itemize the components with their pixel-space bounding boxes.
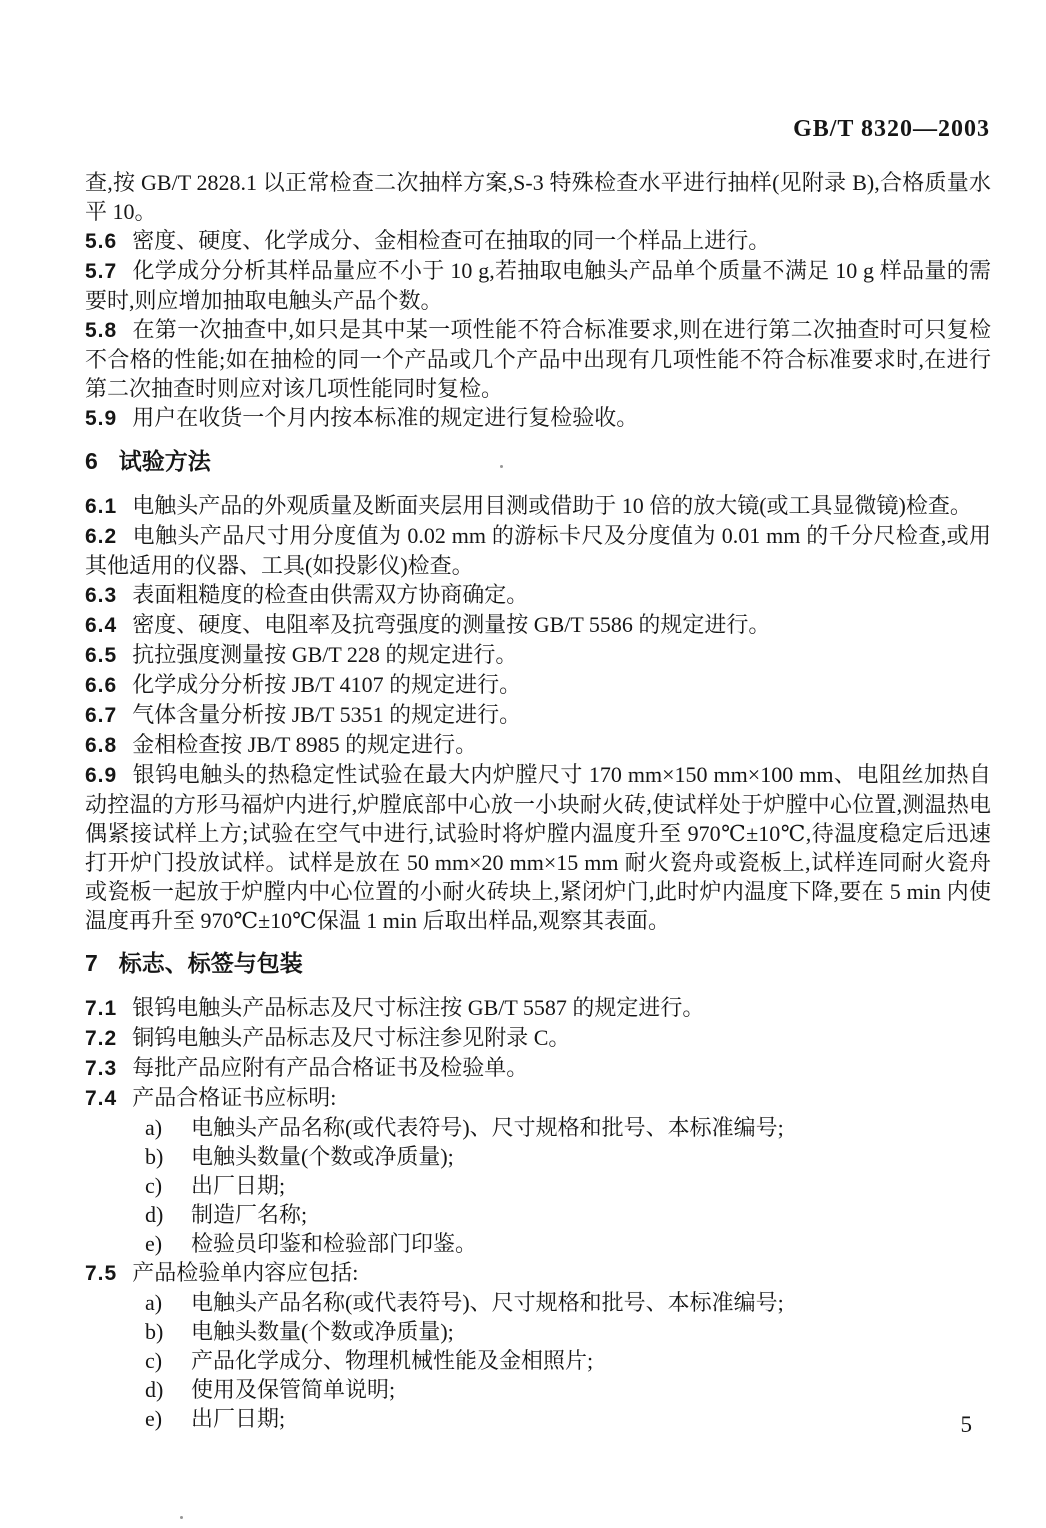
continuation-paragraph: 查,按 GB/T 2828.1 以正常检查二次抽样方案,S-3 特殊检查水平进行… — [85, 168, 991, 226]
list-item: e)出厂日期; — [85, 1404, 991, 1433]
section-title: 标志、标签与包装 — [119, 950, 303, 976]
clause-number: 6.4 — [85, 614, 117, 637]
clause-number: 5.6 — [85, 230, 117, 253]
list-item-text: 制造厂名称; — [191, 1200, 991, 1229]
clause-number: 7.3 — [85, 1057, 117, 1080]
list-item-label: a) — [145, 1288, 191, 1317]
clause-number: 7.1 — [85, 997, 117, 1020]
list-item: c)产品化学成分、物理机械性能及金相照片; — [85, 1346, 991, 1375]
list-item: e)检验员印鉴和检验部门印鉴。 — [85, 1229, 991, 1258]
list-item-label: b) — [145, 1142, 191, 1171]
clause-number: 6.2 — [85, 525, 117, 548]
list-item-text: 电触头产品名称(或代表符号)、尺寸规格和批号、本标准编号; — [191, 1113, 991, 1142]
scan-speck — [500, 465, 503, 468]
clause-number: 5.8 — [85, 319, 117, 342]
clause-text: 密度、硬度、电阻率及抗弯强度的测量按 GB/T 5586 的规定进行。 — [132, 612, 770, 637]
section-heading: 6试验方法 — [85, 447, 991, 476]
clause-text: 银钨电触头产品标志及尺寸标注按 GB/T 5587 的规定进行。 — [132, 995, 704, 1020]
clause-paragraph: 6.4密度、硬度、电阻率及抗弯强度的测量按 GB/T 5586 的规定进行。 — [85, 610, 991, 640]
clause-text: 银钨电触头的热稳定性试验在最大内炉膛尺寸 170 mm×150 mm×100 m… — [85, 762, 991, 933]
clause-text: 气体含量分析按 JB/T 5351 的规定进行。 — [132, 702, 521, 727]
clause-paragraph: 6.7气体含量分析按 JB/T 5351 的规定进行。 — [85, 700, 991, 730]
clause-paragraph: 5.6密度、硬度、化学成分、金相检查可在抽取的同一个样品上进行。 — [85, 226, 991, 256]
clause-number: 5.9 — [85, 407, 117, 430]
clause-paragraph: 7.5产品检验单内容应包括: — [85, 1258, 991, 1288]
list-item: b)电触头数量(个数或净质量); — [85, 1142, 991, 1171]
clause-text: 抗拉强度测量按 GB/T 228 的规定进行。 — [132, 642, 517, 667]
list-item-text: 检验员印鉴和检验部门印鉴。 — [191, 1229, 991, 1258]
lettered-list: a)电触头产品名称(或代表符号)、尺寸规格和批号、本标准编号;b)电触头数量(个… — [85, 1288, 991, 1433]
document-body: 查,按 GB/T 2828.1 以正常检查二次抽样方案,S-3 特殊检查水平进行… — [85, 168, 991, 1433]
clause-text: 化学成分分析其样品量应不小于 10 g,若抽取电触头产品单个质量不满足 10 g… — [85, 258, 991, 313]
list-item-text: 电触头数量(个数或净质量); — [191, 1317, 991, 1346]
list-item: b)电触头数量(个数或净质量); — [85, 1317, 991, 1346]
section-title: 试验方法 — [119, 448, 211, 474]
list-item-label: e) — [145, 1404, 191, 1433]
clause-number: 6.6 — [85, 674, 117, 697]
clause-number: 7.2 — [85, 1027, 117, 1050]
clause-number: 5.7 — [85, 260, 117, 283]
clause-paragraph: 7.4产品合格证书应标明: — [85, 1083, 991, 1113]
page-number: 5 — [961, 1412, 973, 1438]
clause-paragraph: 5.9用户在收货一个月内按本标准的规定进行复检验收。 — [85, 403, 991, 433]
list-item-text: 电触头产品名称(或代表符号)、尺寸规格和批号、本标准编号; — [191, 1288, 991, 1317]
list-item-label: c) — [145, 1171, 191, 1200]
list-item: c)出厂日期; — [85, 1171, 991, 1200]
clause-paragraph: 7.3每批产品应附有产品合格证书及检验单。 — [85, 1053, 991, 1083]
clause-text: 表面粗糙度的检查由供需双方协商确定。 — [132, 582, 528, 607]
clause-text: 金相检查按 JB/T 8985 的规定进行。 — [132, 732, 477, 757]
section-heading: 7标志、标签与包装 — [85, 949, 991, 978]
clause-paragraph: 6.2电触头产品尺寸用分度值为 0.02 mm 的游标卡尺及分度值为 0.01 … — [85, 521, 991, 580]
clause-text: 密度、硬度、化学成分、金相检查可在抽取的同一个样品上进行。 — [132, 228, 770, 253]
clause-text: 产品合格证书应标明: — [132, 1085, 336, 1110]
section-number: 6 — [85, 448, 99, 474]
list-item-label: e) — [145, 1229, 191, 1258]
clause-paragraph: 6.9银钨电触头的热稳定性试验在最大内炉膛尺寸 170 mm×150 mm×10… — [85, 760, 991, 935]
list-item-label: b) — [145, 1317, 191, 1346]
clause-text: 在第一次抽查中,如只是其中某一项性能不符合标准要求,则在进行第二次抽查时可只复检… — [85, 317, 991, 401]
clause-number: 6.8 — [85, 734, 117, 757]
clause-number: 6.5 — [85, 644, 117, 667]
clause-number: 6.7 — [85, 704, 117, 727]
clause-text: 电触头产品的外观质量及断面夹层用目测或借助于 10 倍的放大镜(或工具显微镜)检… — [132, 493, 972, 518]
clause-paragraph: 7.2铜钨电触头产品标志及尺寸标注参见附录 C。 — [85, 1023, 991, 1053]
list-item-text: 使用及保管简单说明; — [191, 1375, 991, 1404]
list-item-text: 出厂日期; — [191, 1404, 991, 1433]
clause-number: 6.1 — [85, 495, 117, 518]
clause-number: 7.5 — [85, 1262, 117, 1285]
standard-number: GB/T 8320—2003 — [793, 116, 990, 143]
list-item: a)电触头产品名称(或代表符号)、尺寸规格和批号、本标准编号; — [85, 1288, 991, 1317]
clause-text: 化学成分分析按 JB/T 4107 的规定进行。 — [132, 672, 521, 697]
clause-number: 6.9 — [85, 764, 117, 787]
clause-paragraph: 6.1电触头产品的外观质量及断面夹层用目测或借助于 10 倍的放大镜(或工具显微… — [85, 491, 991, 521]
clause-number: 7.4 — [85, 1087, 117, 1110]
list-item-label: c) — [145, 1346, 191, 1375]
clause-paragraph: 7.1银钨电触头产品标志及尺寸标注按 GB/T 5587 的规定进行。 — [85, 993, 991, 1023]
list-item-text: 电触头数量(个数或净质量); — [191, 1142, 991, 1171]
clause-paragraph: 5.7化学成分分析其样品量应不小于 10 g,若抽取电触头产品单个质量不满足 1… — [85, 256, 991, 315]
list-item-label: d) — [145, 1375, 191, 1404]
list-item-label: d) — [145, 1200, 191, 1229]
clause-text: 用户在收货一个月内按本标准的规定进行复检验收。 — [132, 405, 638, 430]
clause-paragraph: 6.6化学成分分析按 JB/T 4107 的规定进行。 — [85, 670, 991, 700]
clause-paragraph: 6.3表面粗糙度的检查由供需双方协商确定。 — [85, 580, 991, 610]
scan-speck — [180, 1516, 183, 1519]
clause-number: 6.3 — [85, 584, 117, 607]
clause-text: 每批产品应附有产品合格证书及检验单。 — [132, 1055, 528, 1080]
clause-paragraph: 6.8金相检查按 JB/T 8985 的规定进行。 — [85, 730, 991, 760]
list-item: d)制造厂名称; — [85, 1200, 991, 1229]
clause-text: 查,按 GB/T 2828.1 以正常检查二次抽样方案,S-3 特殊检查水平进行… — [85, 170, 991, 224]
clause-text: 产品检验单内容应包括: — [132, 1260, 358, 1285]
section-number: 7 — [85, 950, 99, 976]
clause-text: 铜钨电触头产品标志及尺寸标注参见附录 C。 — [132, 1025, 570, 1050]
clause-paragraph: 5.8在第一次抽查中,如只是其中某一项性能不符合标准要求,则在进行第二次抽查时可… — [85, 315, 991, 403]
list-item: d)使用及保管简单说明; — [85, 1375, 991, 1404]
list-item-text: 产品化学成分、物理机械性能及金相照片; — [191, 1346, 991, 1375]
list-item-label: a) — [145, 1113, 191, 1142]
lettered-list: a)电触头产品名称(或代表符号)、尺寸规格和批号、本标准编号;b)电触头数量(个… — [85, 1113, 991, 1258]
list-item-text: 出厂日期; — [191, 1171, 991, 1200]
clause-paragraph: 6.5抗拉强度测量按 GB/T 228 的规定进行。 — [85, 640, 991, 670]
clause-text: 电触头产品尺寸用分度值为 0.02 mm 的游标卡尺及分度值为 0.01 mm … — [85, 523, 991, 578]
list-item: a)电触头产品名称(或代表符号)、尺寸规格和批号、本标准编号; — [85, 1113, 991, 1142]
document-page: GB/T 8320—2003 查,按 GB/T 2828.1 以正常检查二次抽样… — [0, 0, 1046, 1528]
